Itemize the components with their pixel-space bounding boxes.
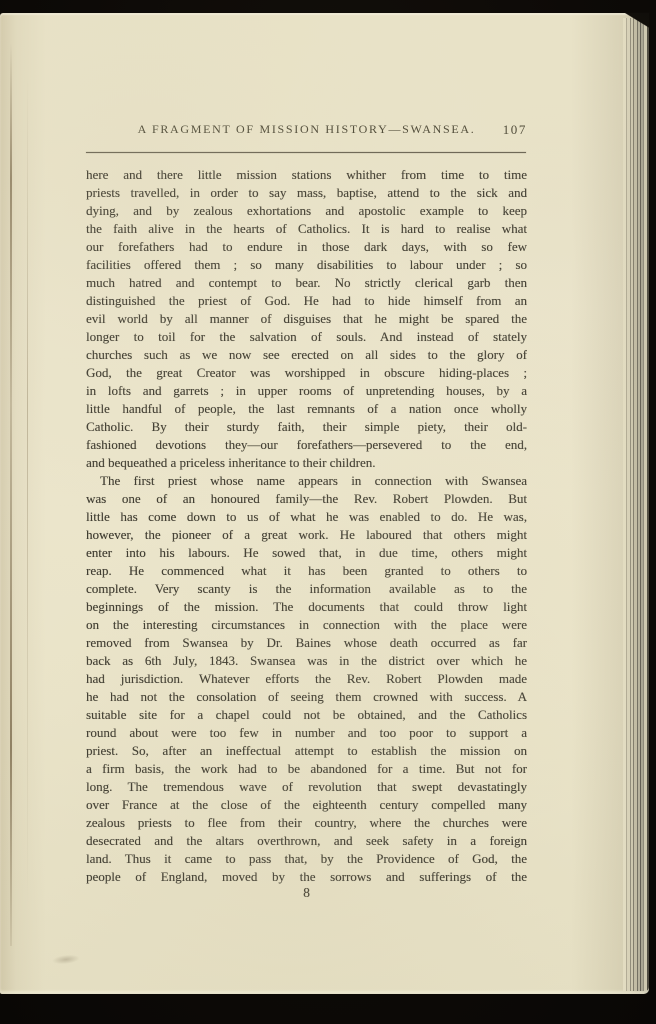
text-line: much hatred and contempt to bear. No str… [86, 274, 527, 292]
running-head: A FRAGMENT OF MISSION HISTORY—SWANSEA. 1… [86, 122, 527, 139]
paragraph-2: The first priest whose name appears in c… [86, 472, 527, 886]
text-line: God, the great Creator was worshipped in… [86, 364, 527, 382]
text-line: complete. Very scanty is the information… [86, 580, 527, 598]
text-line: zealous priests to flee from their count… [86, 814, 527, 832]
text-line: removed from Swansea by Dr. Baines whose… [86, 634, 527, 652]
text-line: little has come down to us of what he wa… [86, 508, 527, 526]
text-line: a firm basis, the work had to be abandon… [86, 760, 527, 778]
text-line: evil world by all manner of disguises th… [86, 310, 527, 328]
header-rule [86, 152, 526, 153]
text-line: fashioned devotions they—our forefathers… [86, 436, 527, 454]
text-line: back as 6th July, 1843. Swansea was in t… [86, 652, 527, 670]
text-line: priest. So, after an ineffectual attempt… [86, 742, 527, 760]
text-line: the faith alive in the hearts of Catholi… [86, 220, 527, 238]
text-line: in lofts and garrets ; in upper rooms of… [86, 382, 527, 400]
text-line: long. The tremendous wave of revolution … [86, 778, 527, 796]
text-line: churches such as we now see erected on a… [86, 346, 527, 364]
book-page: A FRAGMENT OF MISSION HISTORY—SWANSEA. 1… [0, 13, 649, 994]
gutter-crease [10, 43, 12, 946]
text-line: The first priest whose name appears in c… [86, 472, 527, 490]
text-line: facilities offered them ; so many disabi… [86, 256, 527, 274]
page-number: 107 [503, 122, 527, 138]
text-line: on the interesting circumstances in conn… [86, 616, 527, 634]
text-line: reap. He commenced what it has been gran… [86, 562, 527, 580]
text-line: dying, and by zealous exhortations and a… [86, 202, 527, 220]
text-line: distinguished the priest of God. He had … [86, 292, 527, 310]
text-line: longer to toil for the salvation of soul… [86, 328, 527, 346]
text-line: he had not the consolation of seeing the… [86, 688, 527, 706]
text-line: was one of an honoured family—the Rev. R… [86, 490, 527, 508]
page-header-title: A FRAGMENT OF MISSION HISTORY—SWANSEA. [86, 122, 527, 137]
pencil-smudge [52, 954, 81, 966]
text-line: beginnings of the mission. The documents… [86, 598, 527, 616]
text-line: land. Thus it came to pass that, by the … [86, 850, 527, 868]
text-line: little handful of people, the last remna… [86, 400, 527, 418]
text-line: people of England, moved by the sorrows … [86, 868, 527, 886]
text-line: priests travelled, in order to say mass,… [86, 184, 527, 202]
text-line: our forefathers had to endure in those d… [86, 238, 527, 256]
text-line: had jurisdiction. Whatever efforts the R… [86, 670, 527, 688]
gutter-crease-faint [27, 73, 28, 907]
paragraph-1: here and there little mission stations w… [86, 166, 527, 472]
page-corner-cut [614, 12, 650, 34]
text-line: however, the pioneer of a great work. He… [86, 526, 527, 544]
signature-mark: 8 [86, 885, 527, 901]
text-line: desecrated and the altars overthrown, an… [86, 832, 527, 850]
text-line: enter into his labours. He sowed that, i… [86, 544, 527, 562]
text-line: and bequeathed a priceless inheritance t… [86, 454, 527, 472]
text-line: suitable site for a chapel could not be … [86, 706, 527, 724]
text-line: over France at the close of the eighteen… [86, 796, 527, 814]
text-line: round about were too few in number and t… [86, 724, 527, 742]
text-line: Catholic. By their sturdy faith, their s… [86, 418, 527, 436]
page-edge-stack [623, 18, 649, 991]
text-line: here and there little mission stations w… [86, 166, 527, 184]
book-scan: A FRAGMENT OF MISSION HISTORY—SWANSEA. 1… [0, 0, 656, 1024]
page-body: here and there little mission stations w… [86, 166, 527, 886]
